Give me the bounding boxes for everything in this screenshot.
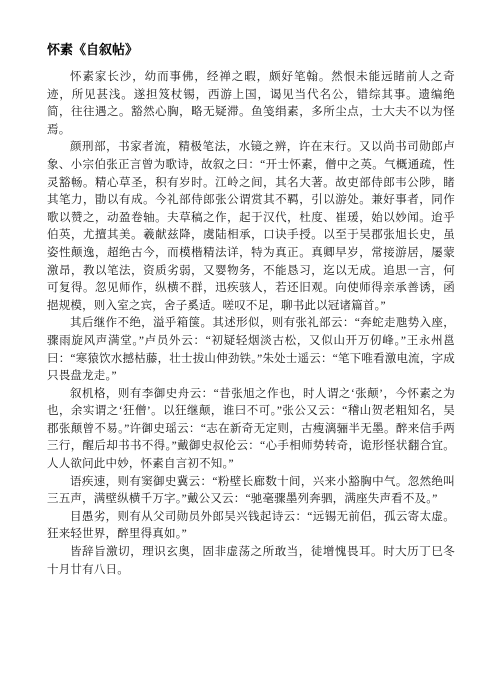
paragraph-jige: 叙机格，则有李御史舟云：“昔张旭之作也，时人谓之‘张颠’，今怀素之为也，余实谓之… [47,386,455,474]
document-title: 怀素《自叙帖》 [47,41,455,59]
paragraph-intro: 怀素家长沙，幼而事佛，经禅之暇，颇好笔翰。然恨未能远睹前人之奇迹，所见甚浅。遂担… [47,69,455,139]
paragraph-jisu: 语疾速，则有窦御史冀云：“粉壁长廊数十间，兴来小豁胸中气。忽然绝叫三五声，满壁纵… [47,474,455,509]
paragraph-yuliu: 目愚劣，则有从父司勋员外郎吴兴钱起诗云：“远锡无前侣，孤云寄太虚。狂来轻世界，醉… [47,509,455,544]
paragraph-closing: 皆辞旨激切，理识玄奥，固非虚荡之所敢当，徒增愧畏耳。时大历丁巳冬十月廿有八日。 [47,544,455,579]
paragraph-xingsi: 其后继作不绝，溢乎箱箧。其述形似，则有张礼部云：“奔蛇走虺势入座，骤雨旋风声满堂… [47,315,455,385]
paragraph-yan-xingbu: 颜刑部，书家者流，精极笔法，水镜之辨，许在末行。又以尚书司勋郎卢象、小宗伯张正言… [47,139,455,315]
document-body: 怀素家长沙，幼而事佛，经禅之暇，颇好笔翰。然恨未能远睹前人之奇迹，所见甚浅。遂担… [47,69,455,579]
document-page: 怀素《自叙帖》 怀素家长沙，幼而事佛，经禅之暇，颇好笔翰。然恨未能远睹前人之奇迹… [0,0,500,693]
